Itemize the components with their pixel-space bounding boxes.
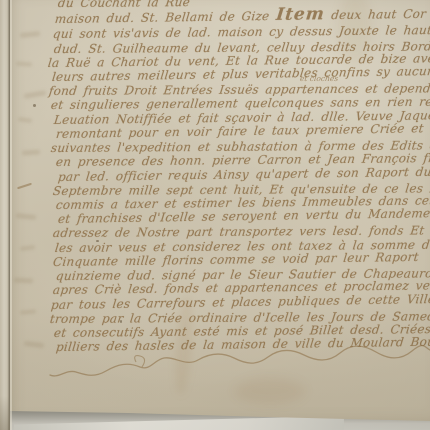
- ink-speck: [96, 240, 99, 242]
- ink-stain: [235, 378, 305, 404]
- book-edge-strip: [0, 0, 10, 430]
- ink-showthrough: [14, 278, 33, 284]
- ink-speck: [33, 104, 36, 107]
- manuscript-photo: { "document": { "kind": "handwritten man…: [0, 0, 430, 430]
- book-edge-crease: [10, 0, 12, 430]
- ink-speck: [120, 320, 122, 323]
- manuscript-page: [8, 0, 430, 430]
- book-edge-shadow: [0, 396, 9, 430]
